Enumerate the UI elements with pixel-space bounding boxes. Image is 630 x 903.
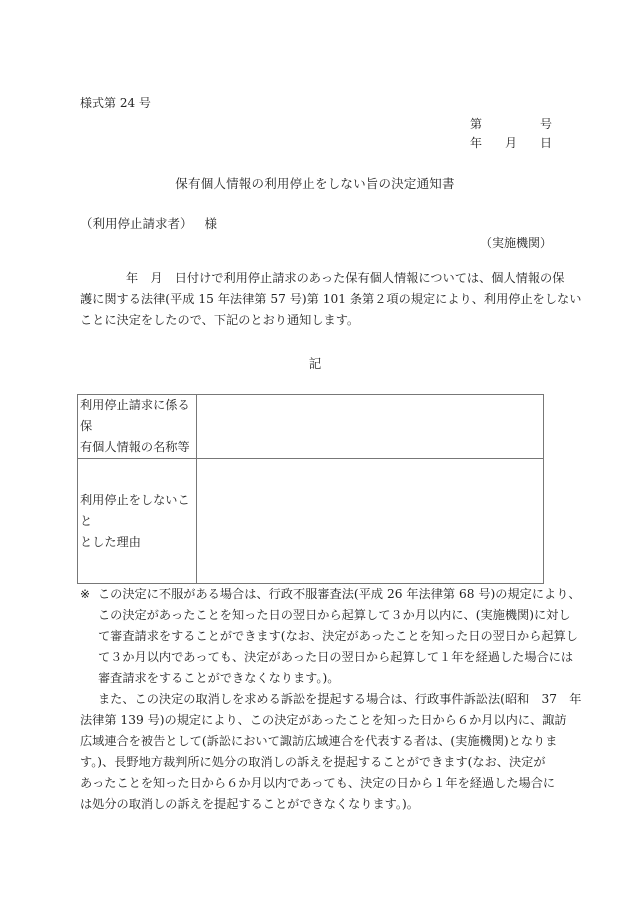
body-paragraph: 年 月 日付けで利用停止請求のあった保有個人情報については、個人情報の保 護に関… (80, 268, 553, 331)
date-day: 日 (540, 137, 552, 149)
table-row: 利用停止をしないこと とした理由 (78, 459, 544, 584)
note-line: この決定があったことを知った日の翌日から起算して３か月以内に、(実施機関)に対し (80, 605, 560, 626)
row-value-reason[interactable] (197, 459, 544, 584)
reference-date: 年 月 日 (470, 137, 552, 149)
body-line: ことに決定をしたので、下記のとおり通知します。 (80, 310, 553, 331)
document-title: 保有個人情報の利用停止をしない旨の決定通知書 (0, 178, 630, 191)
note-line: 広域連合を被告として(訴訟において諏訪広域連合を代表する者は、(実施機関)となり… (80, 731, 560, 752)
issuer: （実施機関） (480, 237, 552, 249)
detail-table: 利用停止請求に係る保 有個人情報の名称等 利用停止をしないこと とした理由 (77, 394, 544, 584)
note-line: あったことを知った日から６か月以内であっても、決定の日から１年を経過した場合に (80, 773, 560, 794)
date-year: 年 (470, 137, 482, 149)
body-line: 年 月 日付けで利用停止請求のあった保有個人情報については、個人情報の保 (80, 268, 553, 289)
note-line: て審査請求をすることができます(なお、決定があったことを知った日の翌日から起算し (80, 626, 560, 647)
note-line: 審査請求をすることができなくなります。)。 (80, 668, 560, 689)
form-number: 様式第 24 号 (80, 97, 151, 109)
note-line: は処分の取消しの訴えを提起することができなくなります。)。 (80, 794, 560, 815)
reference-number-suffix: 号 (540, 118, 552, 130)
table-row: 利用停止請求に係る保 有個人情報の名称等 (78, 395, 544, 459)
appeal-note: ※この決定に不服がある場合は、行政不服審査法(平成 26 年法律第 68 号)の… (80, 584, 560, 815)
note-line: ※この決定に不服がある場合は、行政不服審査法(平成 26 年法律第 68 号)の… (80, 584, 560, 605)
reference-number-prefix: 第 (470, 118, 482, 130)
addressee: （利用停止請求者）様 (80, 218, 217, 231)
row-label-personal-info-name: 利用停止請求に係る保 有個人情報の名称等 (78, 395, 197, 459)
row-value-personal-info-name[interactable] (197, 395, 544, 459)
body-line: 護に関する法律(平成 15 年法律第 57 号)第 101 条第２項の規定により… (80, 289, 553, 310)
note-line: す。)、長野地方裁判所に処分の取消しの訴えを提起することができます(なお、決定が (80, 752, 560, 773)
addressee-honorific: 様 (205, 216, 218, 231)
note-mark: ※ (80, 584, 98, 605)
note-line: また、この決定の取消しを求める訴訟を提起する場合は、行政事件訴訟法(昭和 37 … (80, 689, 560, 710)
note-line: 法律第 139 号)の規定により、この決定があったことを知った日から６か月以内に… (80, 710, 560, 731)
ki-heading: 記 (0, 358, 630, 371)
row-label-reason: 利用停止をしないこと とした理由 (78, 459, 197, 584)
date-month: 月 (505, 137, 517, 149)
reference-number: 第 号 (470, 118, 552, 130)
addressee-name: （利用停止請求者） (80, 216, 193, 231)
note-line: て３か月以内であっても、決定があった日の翌日から起算して１年を経過した場合には (80, 647, 560, 668)
